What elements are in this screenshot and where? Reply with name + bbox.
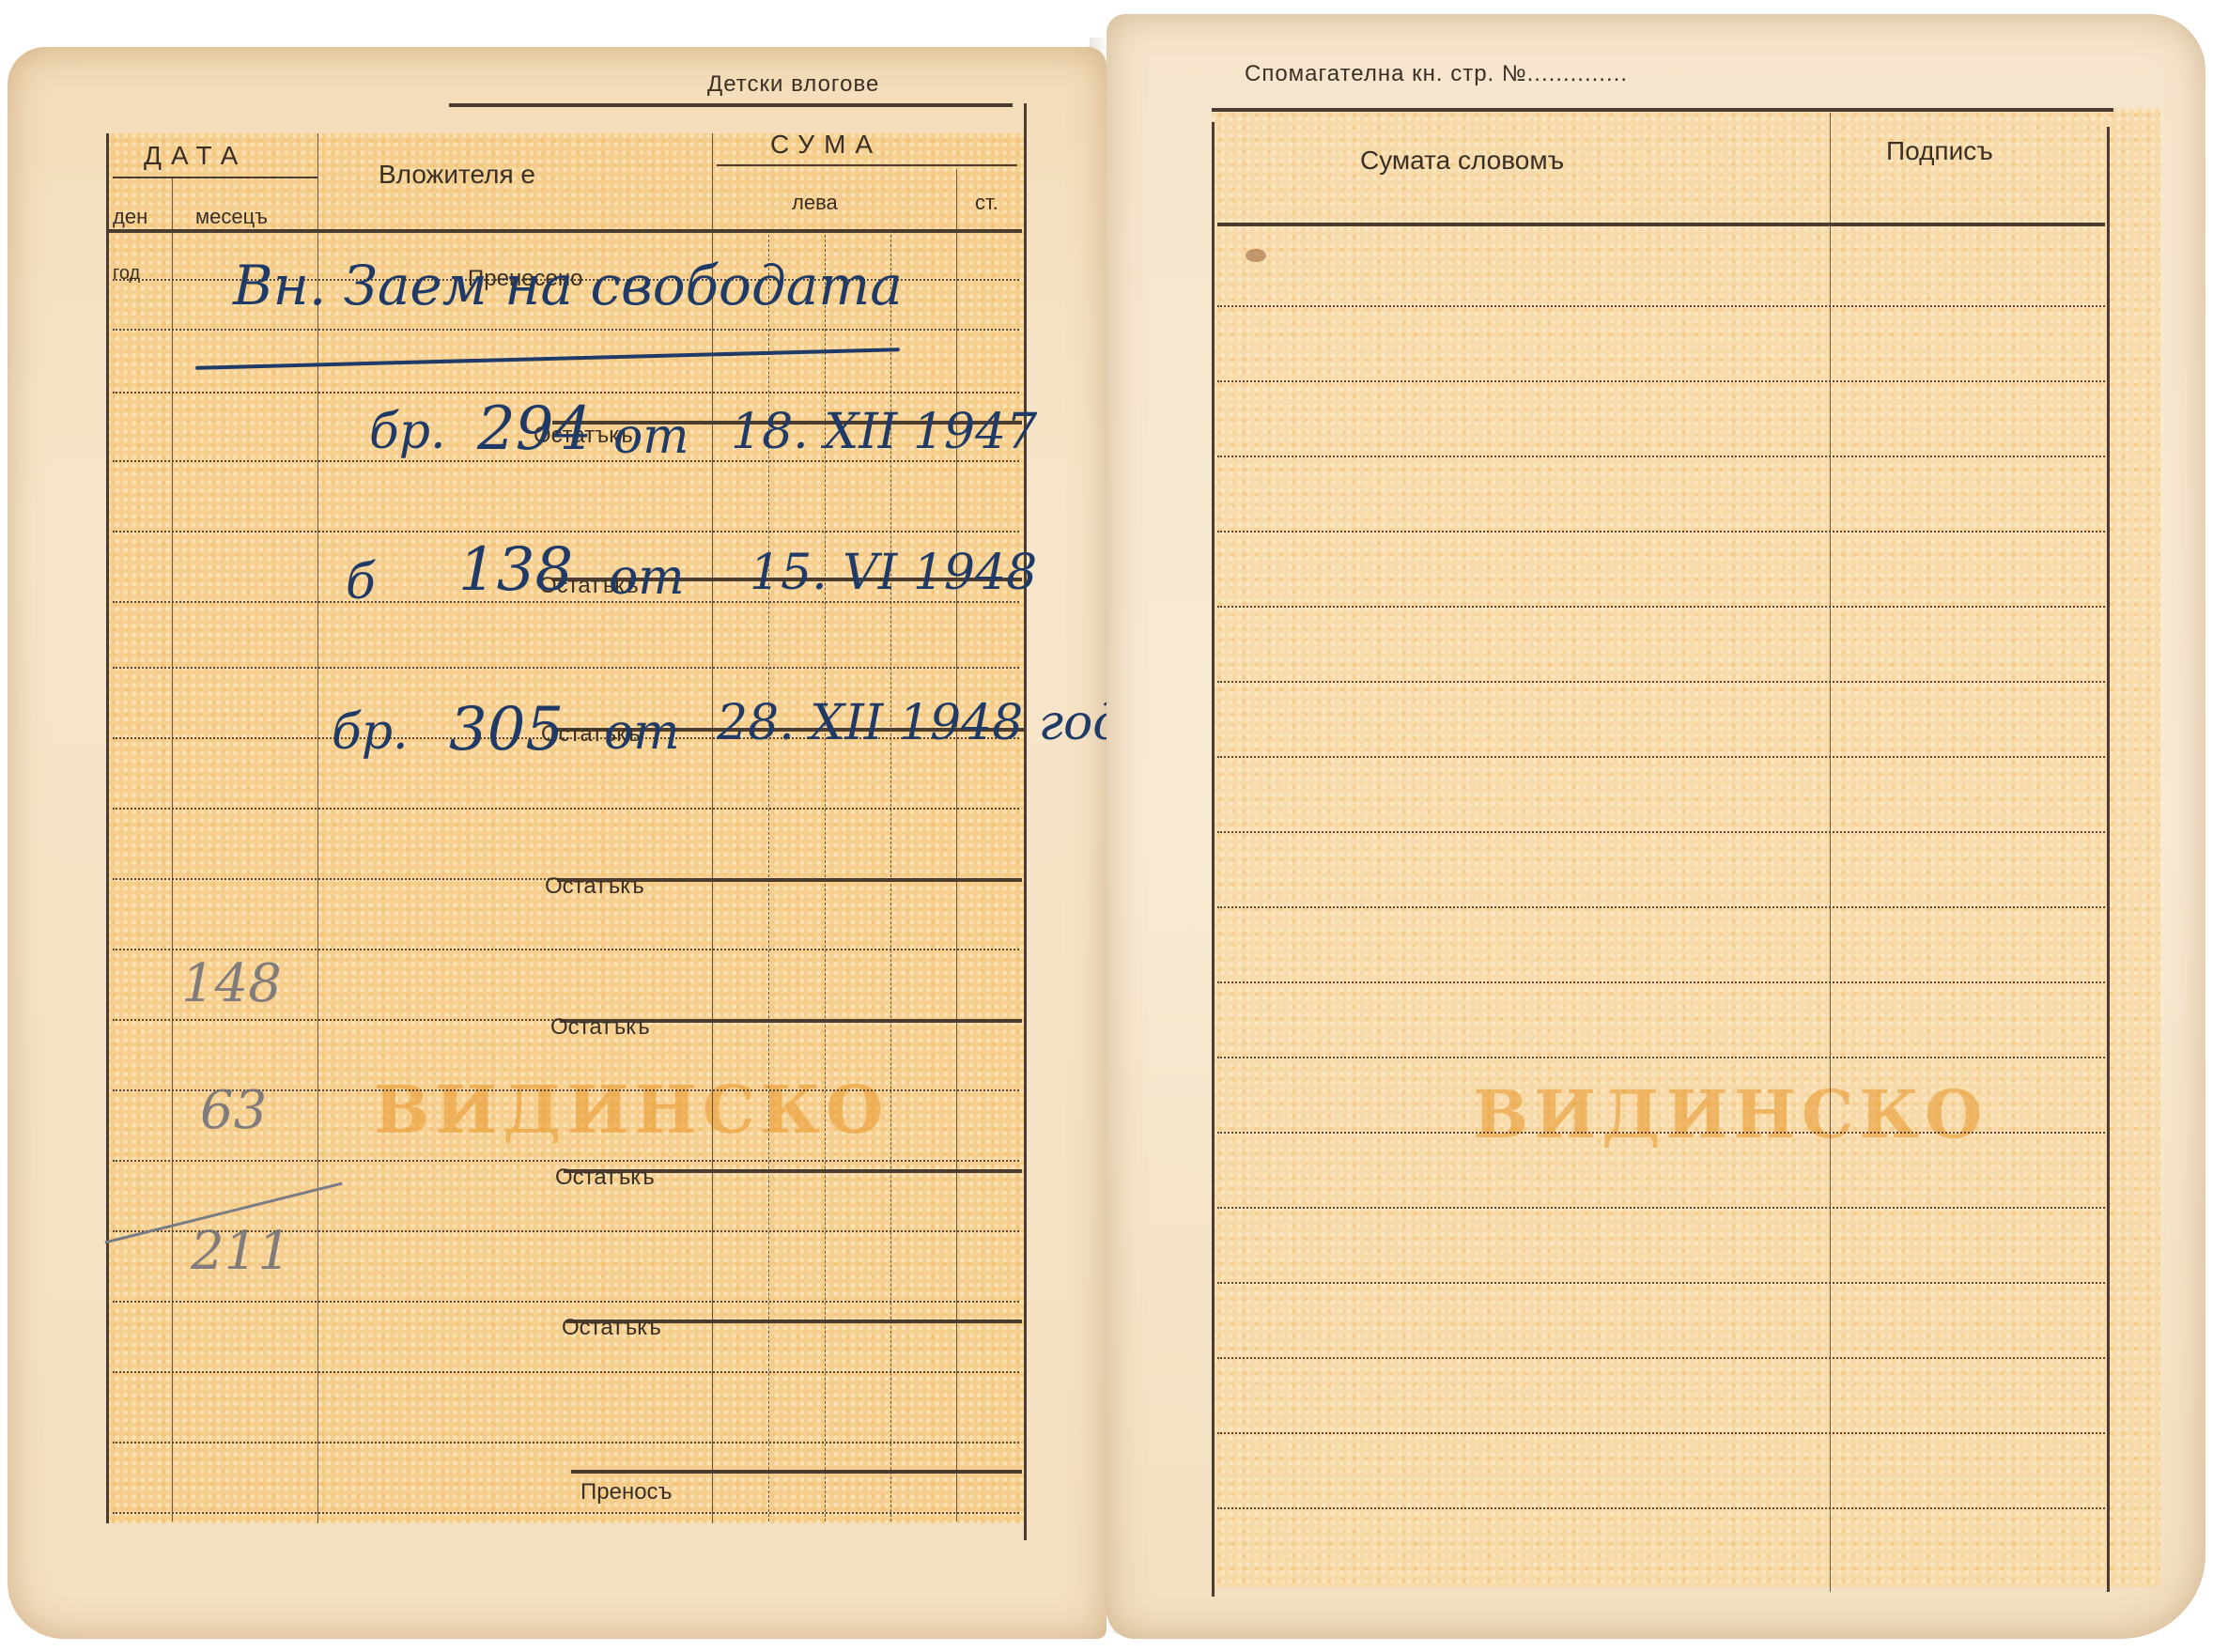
label-year: год bbox=[113, 263, 140, 285]
ruled-line bbox=[1217, 981, 2105, 983]
ruled-line bbox=[1217, 681, 2105, 683]
col-signature-divider bbox=[1830, 113, 1831, 1592]
right-border bbox=[1024, 103, 1027, 1540]
pencil-note-1: 148 bbox=[181, 953, 282, 1014]
entry-3-number: 305 bbox=[449, 695, 564, 764]
sum-subdivider bbox=[717, 164, 1017, 166]
date-subdivider bbox=[113, 177, 317, 178]
header-stotinki: ст. bbox=[975, 191, 998, 215]
entry-1-number: 294 bbox=[477, 394, 592, 464]
ruled-line bbox=[1217, 1282, 2105, 1284]
pencil-note-2: 63 bbox=[200, 1080, 267, 1141]
ruled-line bbox=[1217, 756, 2105, 758]
left-border bbox=[106, 133, 109, 1523]
ruled-line bbox=[1217, 1507, 2105, 1509]
header-leva: лева bbox=[792, 191, 838, 215]
header-sum: СУМА bbox=[770, 130, 882, 160]
handwritten-title: Вн. Заем на свободата bbox=[233, 254, 903, 317]
ruled-line bbox=[113, 808, 1019, 810]
top-rule bbox=[449, 103, 1013, 107]
ruled-line bbox=[1217, 1207, 2105, 1209]
col-sum-divider bbox=[712, 133, 713, 1523]
entry-1-prefix: бр. bbox=[369, 404, 446, 460]
watermark-vidinsko: ВИДИНСКО bbox=[374, 1071, 889, 1149]
ruled-line bbox=[113, 667, 1019, 669]
ruled-line bbox=[113, 1301, 1019, 1303]
ruled-line bbox=[113, 1442, 1019, 1444]
header-day: ден bbox=[113, 205, 147, 229]
ruled-line bbox=[113, 1512, 1019, 1514]
header-bottom-rule bbox=[109, 229, 1022, 233]
balance-row-5: Остатъкъ bbox=[550, 1014, 650, 1041]
balance-row-6: Остатъкъ bbox=[555, 1165, 655, 1191]
header-signature: Подписъ bbox=[1886, 136, 1993, 166]
tab-label: Детски влогове bbox=[707, 71, 879, 98]
ruled-line bbox=[1217, 831, 2105, 833]
entry-3-word: от bbox=[604, 704, 680, 761]
header-month: месецъ bbox=[195, 205, 268, 229]
ruled-line bbox=[1217, 531, 2105, 533]
ruled-line bbox=[1217, 1357, 2105, 1359]
top-rule bbox=[1212, 108, 2113, 112]
entry-2-prefix: б bbox=[346, 554, 376, 610]
right-border bbox=[2107, 127, 2110, 1592]
ruled-line bbox=[1217, 380, 2105, 382]
col-stotinki-divider bbox=[956, 169, 957, 1521]
header-bottom-rule bbox=[1217, 223, 2105, 226]
entry-1-word: от bbox=[613, 409, 689, 465]
balance-row-7: Остатъкъ bbox=[562, 1315, 661, 1341]
ruled-line bbox=[113, 949, 1019, 950]
header-date: ДАТА bbox=[144, 141, 247, 171]
col-date-divider bbox=[317, 133, 318, 1523]
aux-book-header: Спомагателна кн. стр. №.............. bbox=[1245, 61, 1628, 87]
pencil-note-3: 211 bbox=[191, 1221, 291, 1282]
ruled-line bbox=[113, 329, 1019, 331]
ruled-line bbox=[1217, 1432, 2105, 1434]
left-border bbox=[1212, 122, 1215, 1597]
header-sum-in-words: Сумата словомъ bbox=[1360, 146, 1564, 176]
ruled-line bbox=[113, 392, 1019, 394]
ruled-line bbox=[1217, 1132, 2105, 1134]
ruled-line bbox=[1217, 1057, 2105, 1058]
entry-3-date: 28. XII 1948 год. bbox=[717, 695, 1139, 751]
left-page: ВИДИНСКО Детски влогове ДАТА ден месецъ … bbox=[8, 47, 1106, 1639]
ruled-line bbox=[1217, 906, 2105, 908]
label-carry-forward: Преносъ bbox=[580, 1479, 673, 1505]
balance-row-4: Остатъкъ bbox=[545, 873, 644, 900]
entry-1-date: 18. XII 1947 bbox=[731, 404, 1037, 460]
ruled-line bbox=[1217, 606, 2105, 608]
ruled-line bbox=[113, 531, 1019, 533]
ruled-line bbox=[1217, 305, 2105, 307]
paper-stain bbox=[1246, 249, 1266, 262]
header-depositor: Вложителя е bbox=[379, 160, 535, 190]
col-day-divider bbox=[172, 178, 173, 1521]
ochre-print-background bbox=[1212, 108, 2160, 1587]
balance-rule bbox=[571, 1470, 1022, 1474]
ruled-line bbox=[1217, 455, 2105, 457]
entry-2-word: от bbox=[609, 549, 685, 606]
ruled-line bbox=[113, 1160, 1019, 1162]
ruled-line bbox=[113, 1371, 1019, 1373]
entry-2-date: 15. VI 1948 bbox=[750, 545, 1037, 601]
right-page: ВИДИНСКО Спомагателна кн. стр. №........… bbox=[1106, 14, 2205, 1639]
entry-3-prefix: бр. bbox=[332, 704, 409, 761]
watermark-vidinsko: ВИДИНСКО bbox=[1473, 1075, 1988, 1153]
entry-2-number: 138 bbox=[458, 535, 573, 605]
